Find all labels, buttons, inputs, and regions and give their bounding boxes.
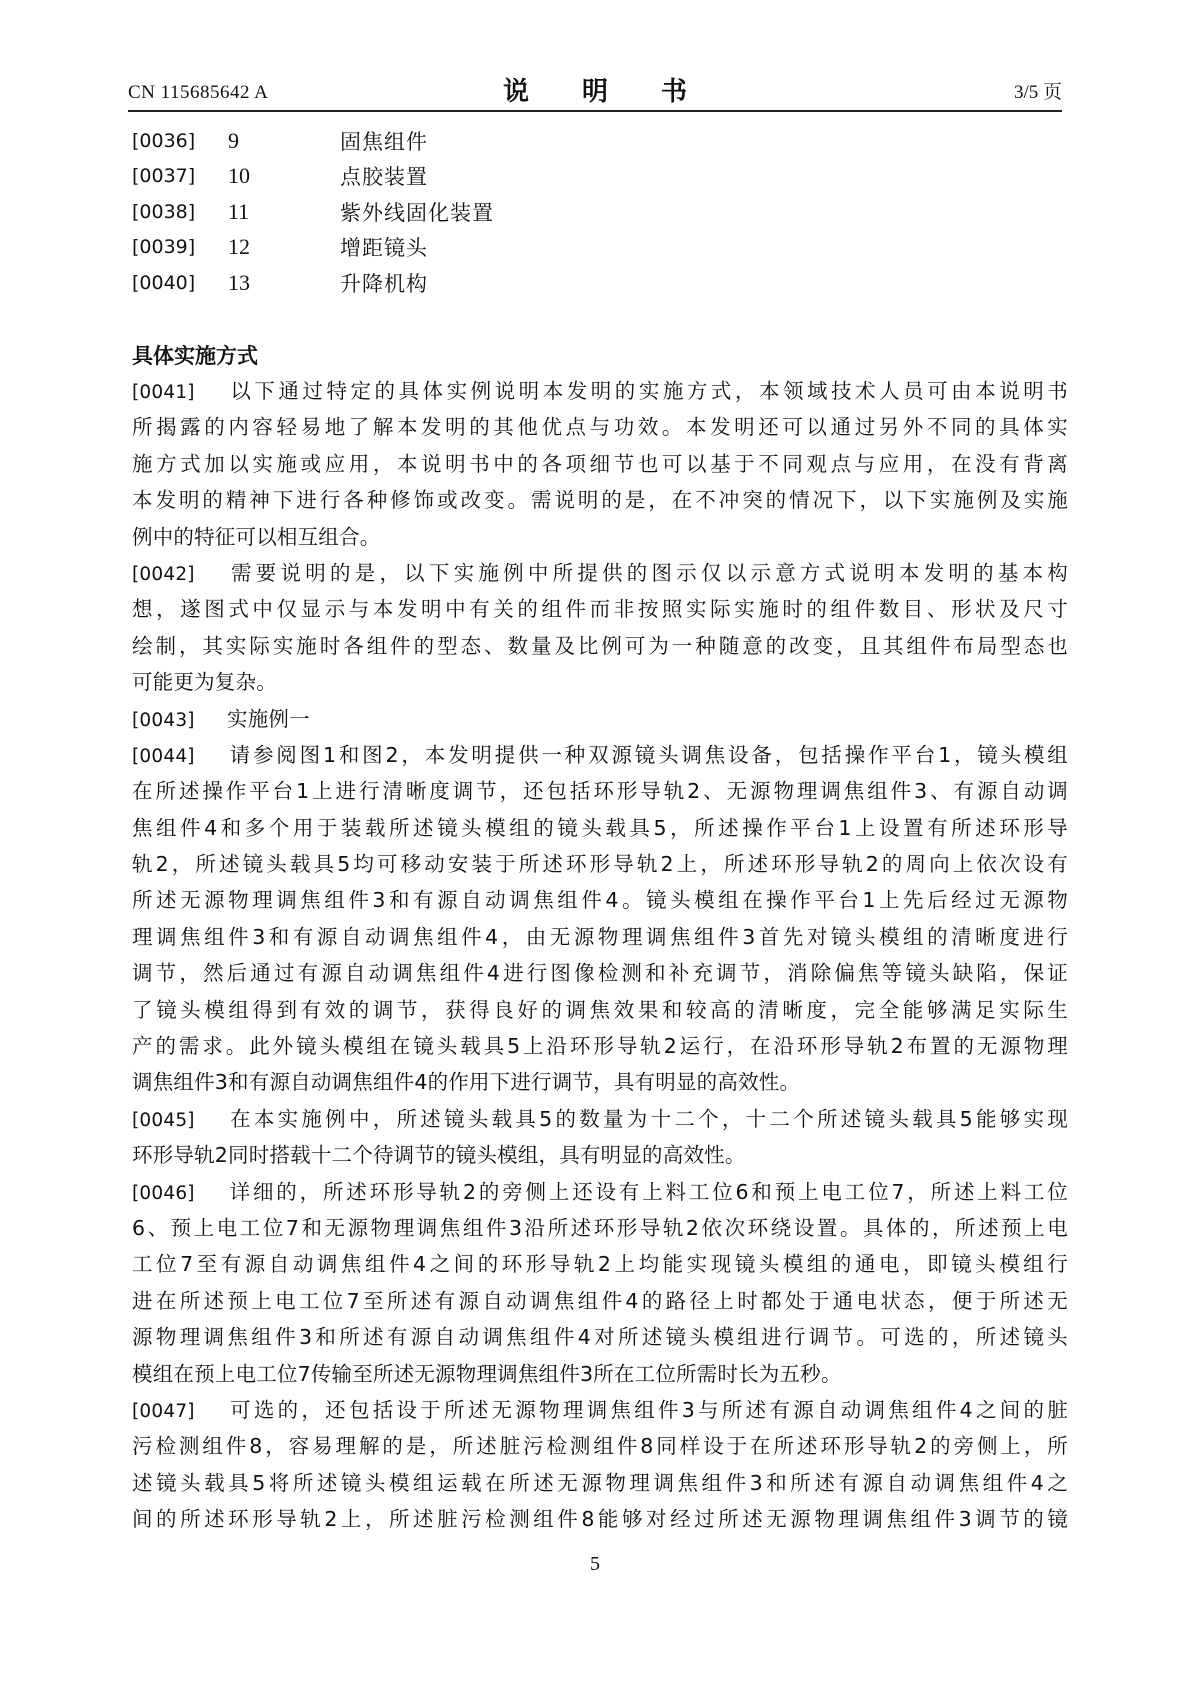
line-text: 所述无源物理调焦组件3和有源自动调焦组件4。镜头模组在操作平台1上先后经过无源物: [132, 888, 1068, 912]
text-line: 调焦组件3和有源自动调焦组件4的作用下进行调节，具有明显的高效性。: [132, 1064, 1068, 1100]
line-text: 调节，然后通过有源自动调焦组件4进行图像检测和补充调节，消除偏焦等镜头缺陷，保证: [132, 961, 1068, 985]
text-line: 所揭露的内容轻易地了解本发明的其他优点与功效。本发明还可以通过另外不同的具体实: [132, 409, 1068, 445]
line-text: 需要说明的是，以下实施例中所提供的图示仅以示意方式说明本发明的基本构: [227, 561, 1068, 585]
text-line: [0045]在本实施例中，所述镜头载具5的数量为十二个，十二个所述镜头载具5能够…: [132, 1101, 1068, 1137]
body-text: [0041]以下通过特定的具体实例说明本发明的实施方式，本领域技术人员可由本说明…: [132, 373, 1068, 1538]
line-text: 述镜头载具5将所述镜头模组运载在所述无源物理调焦组件3和所述有源自动调焦组件4之: [132, 1471, 1068, 1495]
paragraph-number: [0038]: [132, 201, 228, 223]
line-text: 进在所述预上电工位7至所述有源自动调焦组件4的路径上时都处于通电状态，便于所述无: [132, 1289, 1068, 1313]
text-line: 所述无源物理调焦组件3和有源自动调焦组件4。镜头模组在操作平台1上先后经过无源物: [132, 882, 1068, 918]
line-text: 污检测组件8，容易理解的是，所述脏污检测组件8同样设于在所述环形导轨2的旁侧上，…: [132, 1434, 1068, 1458]
text-line: 想，遂图式中仅显示与本发明中有关的组件而非按照实际实施时的组件数目、形状及尺寸: [132, 591, 1068, 627]
line-text: 可选的，还包括设于所述无源物理调焦组件3与所述有源自动调焦组件4之间的脏: [227, 1398, 1068, 1422]
text-line: 例中的特征可以相互组合。: [132, 519, 1068, 555]
reference-row: [0039] 12 增距镜头: [132, 230, 494, 266]
line-text: 绘制，其实际实施时各组件的型态、数量及比例可为一种随意的改变，且其组件布局型态也: [132, 634, 1068, 658]
reference-row: [0036] 9 固焦组件: [132, 123, 494, 159]
paragraph-number: [0040]: [132, 272, 228, 294]
line-text: 以下通过特定的具体实例说明本发明的实施方式，本领域技术人员可由本说明书: [227, 379, 1068, 403]
section-heading: 具体实施方式: [132, 340, 258, 370]
line-text: 施方式加以实施或应用，本说明书中的各项细节也可以基于不同观点与应用，在没有背离: [132, 452, 1068, 476]
text-line: 进在所述预上电工位7至所述有源自动调焦组件4的路径上时都处于通电状态，便于所述无: [132, 1283, 1068, 1319]
line-text: 理调焦组件3和有源自动调焦组件4，由无源物理调焦组件3首先对镜头模组的清晰度进行: [132, 925, 1068, 949]
page-header: CN 115685642 A 说 明 书 3/5 页: [128, 70, 1062, 110]
text-line: 施方式加以实施或应用，本说明书中的各项细节也可以基于不同观点与应用，在没有背离: [132, 446, 1068, 482]
text-line: 焦组件4和多个用于装载所述镜头模组的镜头载具5，所述操作平台1上设置有所述环形导: [132, 810, 1068, 846]
paragraph-number: [0041]: [132, 375, 227, 411]
text-line: 模组在预上电工位7传输至所述无源物理调焦组件3所在工位所需时长为五秒。: [132, 1356, 1068, 1392]
paragraph-number: [0043]: [132, 703, 227, 739]
reference-list: [0036] 9 固焦组件 [0037] 10 点胶装置 [0038] 11 紫…: [132, 123, 494, 301]
text-line: 6、预上电工位7和无源物理调焦组件3沿所述环形导轨2依次环绕设置。具体的，所述预…: [132, 1210, 1068, 1246]
line-text: 模组在预上电工位7传输至所述无源物理调焦组件3所在工位所需时长为五秒。: [132, 1362, 842, 1386]
line-text: 间的所述环形导轨2上，所述脏污检测组件8能够对经过所述无源物理调焦组件3调节的镜: [132, 1507, 1068, 1531]
text-line: 源物理调焦组件3和所述有源自动调焦组件4对所述镜头模组进行调节。可选的，所述镜头: [132, 1319, 1068, 1355]
text-line: 产的需求。此外镜头模组在镜头载具5上沿环形导轨2运行，在沿环形导轨2布置的无源物…: [132, 1028, 1068, 1064]
page-number: 5: [0, 1553, 1190, 1576]
line-text: 请参阅图1和图2，本发明提供一种双源镜头调焦设备，包括操作平台1，镜头模组: [227, 743, 1068, 767]
text-line: 可能更为复杂。: [132, 664, 1068, 700]
line-text: 所揭露的内容轻易地了解本发明的其他优点与功效。本发明还可以通过另外不同的具体实: [132, 415, 1068, 439]
line-text: 可能更为复杂。: [132, 670, 277, 694]
reference-name: 紫外线固化装置: [340, 197, 494, 227]
reference-name: 增距镜头: [340, 232, 428, 262]
paragraph-number: [0045]: [132, 1103, 227, 1139]
text-line: 绘制，其实际实施时各组件的型态、数量及比例可为一种随意的改变，且其组件布局型态也: [132, 628, 1068, 664]
line-text: 产的需求。此外镜头模组在镜头载具5上沿环形导轨2运行，在沿环形导轨2布置的无源物…: [132, 1034, 1068, 1058]
reference-name: 固焦组件: [340, 126, 428, 156]
line-text: 详细的，所述环形导轨2的旁侧上还设有上料工位6和预上电工位7，所述上料工位: [227, 1180, 1068, 1204]
reference-numeral: 9: [228, 128, 340, 154]
text-line: [0041]以下通过特定的具体实例说明本发明的实施方式，本领域技术人员可由本说明…: [132, 373, 1068, 409]
text-line: 污检测组件8，容易理解的是，所述脏污检测组件8同样设于在所述环形导轨2的旁侧上，…: [132, 1428, 1068, 1464]
paragraph-number: [0042]: [132, 557, 227, 593]
text-line: 间的所述环形导轨2上，所述脏污检测组件8能够对经过所述无源物理调焦组件3调节的镜: [132, 1501, 1068, 1537]
paragraph-number: [0036]: [132, 130, 228, 152]
page-of-indicator: 3/5 页: [1014, 77, 1062, 104]
line-text: 在所述操作平台1上进行清晰度调节，还包括环形导轨2、无源物理调焦组件3、有源自动…: [132, 779, 1068, 803]
doc-title: 说 明 书: [128, 71, 1062, 108]
line-text: 源物理调焦组件3和所述有源自动调焦组件4对所述镜头模组进行调节。可选的，所述镜头: [132, 1325, 1068, 1349]
line-text: 例中的特征可以相互组合。: [132, 525, 380, 549]
text-line: 本发明的精神下进行各种修饰或改变。需说明的是，在不冲突的情况下，以下实施例及实施: [132, 482, 1068, 518]
reference-numeral: 11: [228, 199, 340, 225]
header-divider: [128, 110, 1062, 112]
text-line: 环形导轨2同时搭载十二个待调节的镜头模组，具有明显的高效性。: [132, 1137, 1068, 1173]
line-text: 实施例一: [227, 707, 310, 731]
text-line: 述镜头载具5将所述镜头模组运载在所述无源物理调焦组件3和所述有源自动调焦组件4之: [132, 1465, 1068, 1501]
paragraph-number: [0047]: [132, 1394, 227, 1430]
reference-row: [0040] 13 升降机构: [132, 265, 494, 301]
text-line: [0042]需要说明的是，以下实施例中所提供的图示仅以示意方式说明本发明的基本构: [132, 555, 1068, 591]
reference-row: [0037] 10 点胶装置: [132, 159, 494, 195]
text-line: 了镜头模组得到有效的调节，获得良好的调焦效果和较高的清晰度，完全能够满足实际生: [132, 992, 1068, 1028]
line-text: 了镜头模组得到有效的调节，获得良好的调焦效果和较高的清晰度，完全能够满足实际生: [132, 998, 1068, 1022]
text-line: [0043]实施例一: [132, 701, 1068, 737]
line-text: 想，遂图式中仅显示与本发明中有关的组件而非按照实际实施时的组件数目、形状及尺寸: [132, 597, 1068, 621]
line-text: 本发明的精神下进行各种修饰或改变。需说明的是，在不冲突的情况下，以下实施例及实施: [132, 488, 1068, 512]
line-text: 调焦组件3和有源自动调焦组件4的作用下进行调节，具有明显的高效性。: [132, 1070, 800, 1094]
text-line: [0046]详细的，所述环形导轨2的旁侧上还设有上料工位6和预上电工位7，所述上…: [132, 1174, 1068, 1210]
text-line: 在所述操作平台1上进行清晰度调节，还包括环形导轨2、无源物理调焦组件3、有源自动…: [132, 773, 1068, 809]
reference-name: 升降机构: [340, 268, 428, 298]
paragraph-number: [0037]: [132, 165, 228, 187]
text-line: 理调焦组件3和有源自动调焦组件4，由无源物理调焦组件3首先对镜头模组的清晰度进行: [132, 919, 1068, 955]
reference-numeral: 12: [228, 234, 340, 260]
reference-name: 点胶装置: [340, 161, 428, 191]
text-line: 工位7至有源自动调焦组件4之间的环形导轨2上均能实现镜头模组的通电，即镜头模组行: [132, 1246, 1068, 1282]
line-text: 焦组件4和多个用于装载所述镜头模组的镜头载具5，所述操作平台1上设置有所述环形导: [132, 816, 1068, 840]
line-text: 环形导轨2同时搭载十二个待调节的镜头模组，具有明显的高效性。: [132, 1143, 746, 1167]
text-line: 调节，然后通过有源自动调焦组件4进行图像检测和补充调节，消除偏焦等镜头缺陷，保证: [132, 955, 1068, 991]
line-text: 在本实施例中，所述镜头载具5的数量为十二个，十二个所述镜头载具5能够实现: [227, 1107, 1068, 1131]
line-text: 轨2，所述镜头载具5均可移动安装于所述环形导轨2上，所述环形导轨2的周向上依次设…: [132, 852, 1068, 876]
line-text: 6、预上电工位7和无源物理调焦组件3沿所述环形导轨2依次环绕设置。具体的，所述预…: [132, 1216, 1068, 1240]
paragraph-number: [0046]: [132, 1176, 227, 1212]
text-line: [0044]请参阅图1和图2，本发明提供一种双源镜头调焦设备，包括操作平台1，镜…: [132, 737, 1068, 773]
text-line: [0047]可选的，还包括设于所述无源物理调焦组件3与所述有源自动调焦组件4之间…: [132, 1392, 1068, 1428]
paragraph-number: [0039]: [132, 236, 228, 258]
text-line: 轨2，所述镜头载具5均可移动安装于所述环形导轨2上，所述环形导轨2的周向上依次设…: [132, 846, 1068, 882]
reference-row: [0038] 11 紫外线固化装置: [132, 194, 494, 230]
paragraph-number: [0044]: [132, 739, 227, 775]
line-text: 工位7至有源自动调焦组件4之间的环形导轨2上均能实现镜头模组的通电，即镜头模组行: [132, 1252, 1068, 1276]
reference-numeral: 10: [228, 163, 340, 189]
reference-numeral: 13: [228, 270, 340, 296]
